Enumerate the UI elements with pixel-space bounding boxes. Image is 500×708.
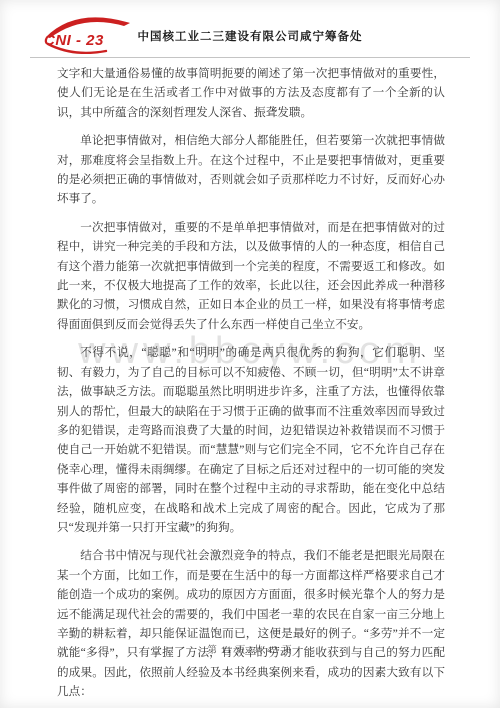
document-page: CNI - 23 中国核工业二三建设有限公司咸宁筹备处 www.bbcyw.co… xyxy=(0,0,500,708)
paragraph-1: 文字和大量通俗易懂的故事简明扼要的阐述了第一次把事情做对的重要性，使人们无论是在… xyxy=(57,64,445,122)
paragraph-2: 单论把事情做对，相信绝大部分人都能胜任，但若要第一次就把事情做对，那难度将会呈指… xyxy=(57,131,445,209)
page-number: 第 11 页 /共 43 页 xyxy=(0,642,500,656)
document-body: 文字和大量通俗易懂的故事简明扼要的阐述了第一次把事情做对的重要性，使人们无论是在… xyxy=(57,64,445,708)
company-title: 中国核工业二三建设有限公司咸宁筹备处 xyxy=(30,28,470,44)
paragraph-5: 结合书中情况与现代社会激烈竞争的特点，我们不能老是把眼光局限在某一个方面，比如工… xyxy=(57,546,445,701)
paragraph-4: 不得不说，“聪聪”和“明明”的确是两只很优秀的狗狗，它们聪明、坚韧、有毅力，为了… xyxy=(57,343,445,537)
paragraph-3: 一次把事情做对，重要的不是单单把事情做对，而是在把事情做对的过程中，讲究一种完美… xyxy=(57,218,445,334)
page-header: CNI - 23 中国核工业二三建设有限公司咸宁筹备处 xyxy=(30,0,470,58)
